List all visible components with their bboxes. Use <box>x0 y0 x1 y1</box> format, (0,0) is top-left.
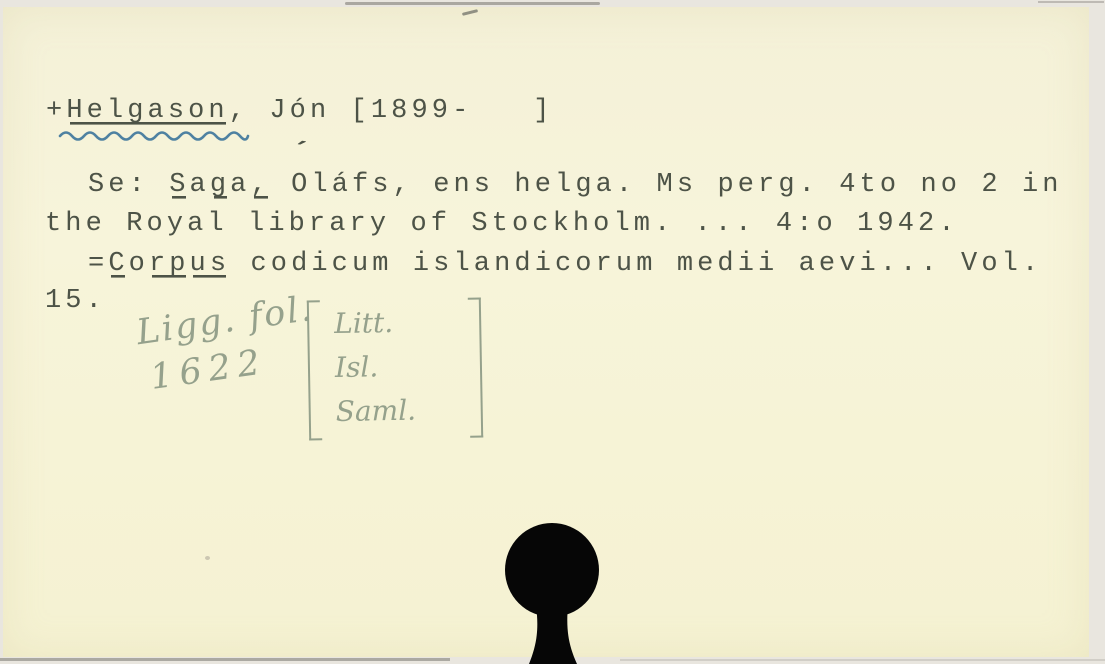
body-line-4: 15. <box>45 286 106 317</box>
heading-line: +Helgason, Jón [1899- ] <box>46 96 554 127</box>
card-top-edge-shadow <box>345 2 600 5</box>
handwritten-collection-note: Litt. Isl. Saml. <box>307 297 483 440</box>
collection-line-2: Isl. <box>335 344 466 390</box>
right-bracket-mark <box>468 297 483 437</box>
card-top-edge-shadow-right <box>1038 1 1104 3</box>
card-bottom-edge-shadow <box>0 658 450 661</box>
catalog-card-photo: +Helgason, Jón [1899- ] ´ Se: Saga, Oláf… <box>0 0 1105 664</box>
paper-speck-dot <box>205 556 210 560</box>
body-line-2: the Royal library of Stockholm. ... 4:o … <box>45 209 959 240</box>
wavy-underline <box>58 127 250 143</box>
body-line-1: Se: Saga, Oláfs, ens helga. Ms perg. 4to… <box>88 170 1063 201</box>
hole-punch <box>494 517 613 664</box>
collection-line-3: Saml. <box>335 388 466 434</box>
body-line-3: =Corpus codicum islandicorum medii aevi.… <box>88 249 1042 280</box>
card-bottom-edge-shadow-right <box>620 659 1105 661</box>
collection-line-1: Litt. <box>334 300 465 346</box>
